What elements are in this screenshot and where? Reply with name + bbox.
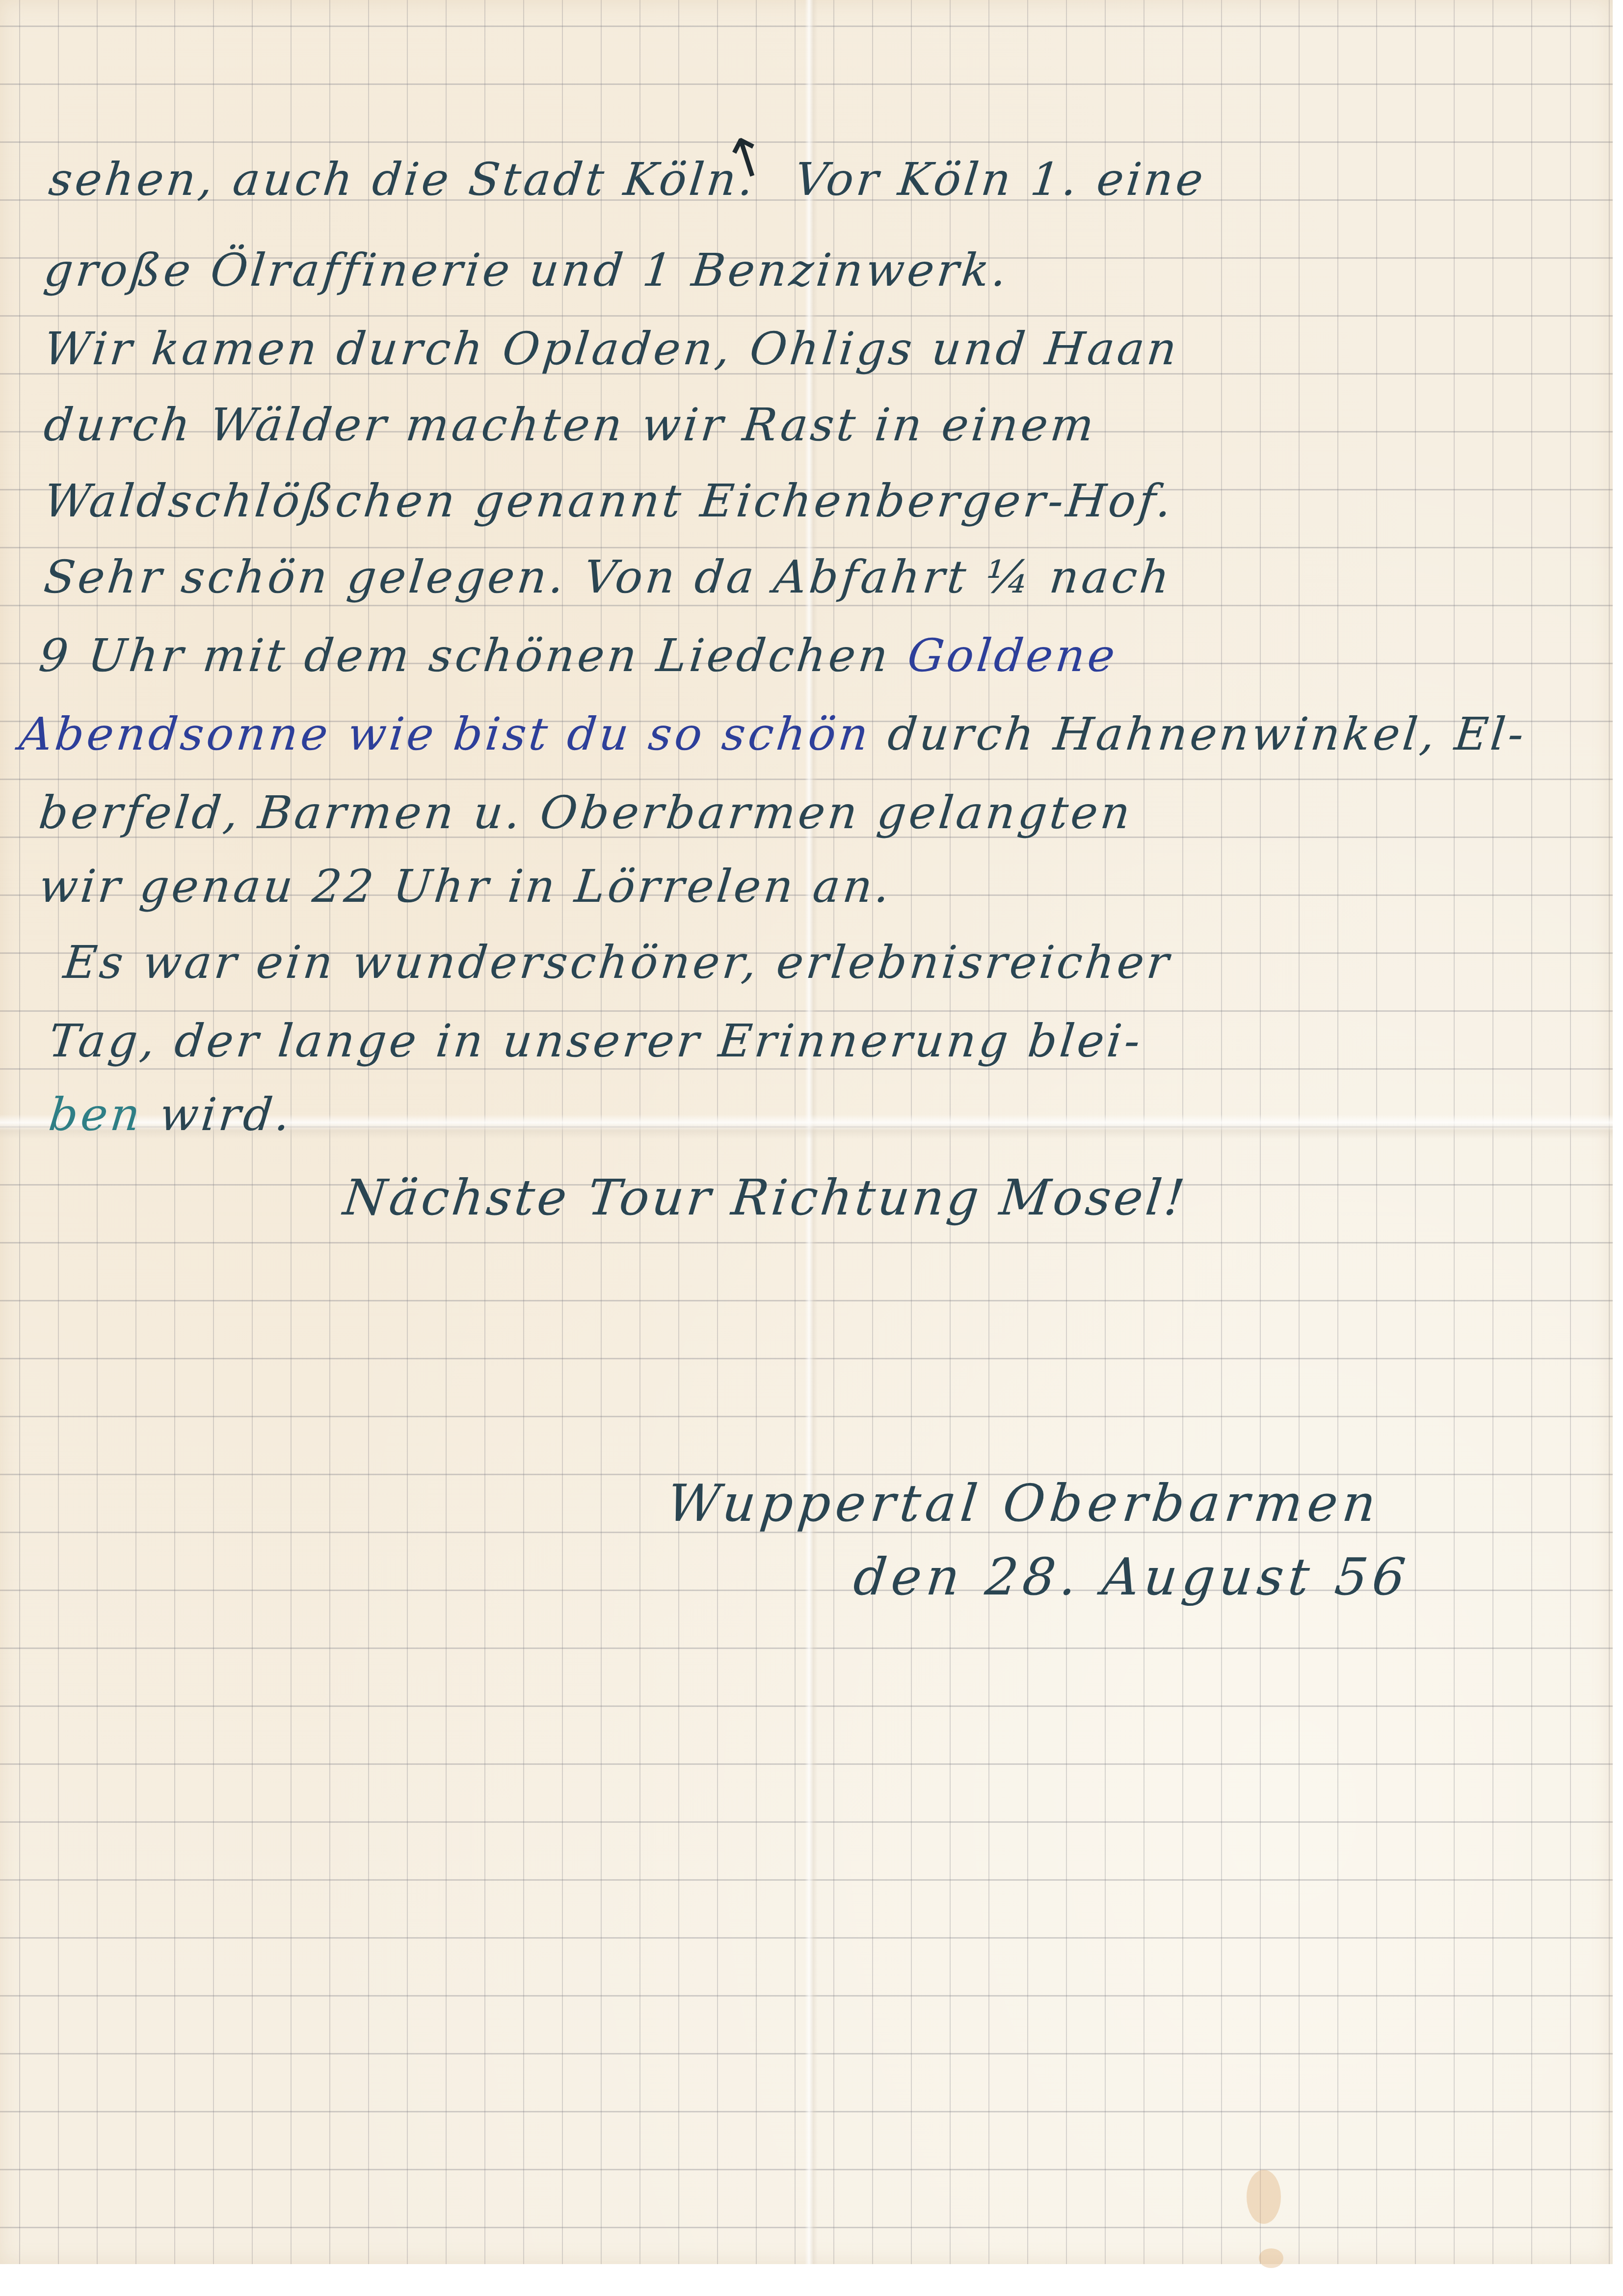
letter-line-1-continuation: Vor Köln 1. eine bbox=[793, 157, 1208, 202]
line-text: große Ölraffinerie und 1 Benzinwerk. bbox=[41, 244, 1012, 297]
letter-line-10: wir genau 22 Uhr in Lörrelen an. bbox=[37, 864, 895, 909]
line-text: Wir kamen durch Opladen, Ohligs und Haan bbox=[41, 323, 1182, 375]
line-text: Vor Köln 1. eine bbox=[792, 153, 1208, 206]
line-text: wird. bbox=[157, 1088, 295, 1141]
line-text: Tag, der lange in unserer Erinnerung ble… bbox=[46, 1015, 1145, 1067]
line-text: Sehr schön gelegen. Von da Abfahrt ¼ nac… bbox=[41, 551, 1174, 603]
letter-line-2: große Ölraffinerie und 1 Benzinwerk. bbox=[42, 248, 1011, 293]
letter-line-11: Es war ein wunderschöner, erlebnisreiche… bbox=[61, 940, 1174, 985]
letter-line-4: durch Wälder machten wir Rast in einem bbox=[42, 403, 1099, 448]
stain bbox=[1259, 2248, 1283, 2268]
line-text: 9 Uhr mit dem schönen Liedchen bbox=[36, 629, 893, 682]
letter-line-1: sehen, auch die Stadt Köln. bbox=[47, 157, 758, 202]
line-text-blue-ink: Abendsonne wie bist du so schön bbox=[17, 708, 873, 760]
letter-line-9: berfeld, Barmen u. Oberbarmen gelangten bbox=[37, 790, 1135, 836]
line-text-blue-ink: Goldene bbox=[905, 629, 1120, 682]
letter-line-12: Tag, der lange in unserer Erinnerung ble… bbox=[47, 1019, 1145, 1064]
line-text-teal-ink: ben bbox=[46, 1088, 145, 1141]
date-line: den 28. August 56 bbox=[851, 1551, 1413, 1602]
line-text: sehen, auch die Stadt Köln. bbox=[46, 153, 759, 206]
letter-line-5: Waldschlößchen genannt Eichenberger-Hof. bbox=[42, 479, 1176, 524]
line-text: durch Wälder machten wir Rast in einem bbox=[41, 399, 1099, 451]
stain bbox=[1247, 2170, 1281, 2224]
letter-line-8: Abendsonne wie bist du so schön durch Ha… bbox=[17, 712, 1529, 757]
line-text: berfeld, Barmen u. Oberbarmen gelangten bbox=[36, 786, 1135, 839]
letter-line-13: ben wird. bbox=[47, 1092, 295, 1137]
line-text: Waldschlößchen genannt Eichenberger-Hof. bbox=[41, 475, 1177, 527]
letter-paper: sehen, auch die Stadt Köln. ↑ Vor Köln 1… bbox=[0, 0, 1613, 2264]
place-line: Wuppertal Oberbarmen bbox=[665, 1478, 1384, 1529]
letter-line-6: Sehr schön gelegen. Von da Abfahrt ¼ nac… bbox=[42, 555, 1174, 600]
letter-line-3: Wir kamen durch Opladen, Ohligs und Haan bbox=[42, 326, 1182, 372]
date-text: den 28. August 56 bbox=[851, 1547, 1413, 1607]
line-text: Es war ein wunderschöner, erlebnisreiche… bbox=[61, 936, 1174, 989]
place-text: Wuppertal Oberbarmen bbox=[665, 1473, 1384, 1533]
closing-text: Nächste Tour Richtung Mosel! bbox=[341, 1169, 1190, 1226]
line-text: wir genau 22 Uhr in Lörrelen an. bbox=[36, 860, 895, 913]
line-text: durch Hahnenwinkel, El- bbox=[885, 708, 1529, 760]
closing-line: Nächste Tour Richtung Mosel! bbox=[341, 1173, 1190, 1222]
letter-line-7: 9 Uhr mit dem schönen Liedchen Goldene bbox=[37, 633, 1120, 678]
